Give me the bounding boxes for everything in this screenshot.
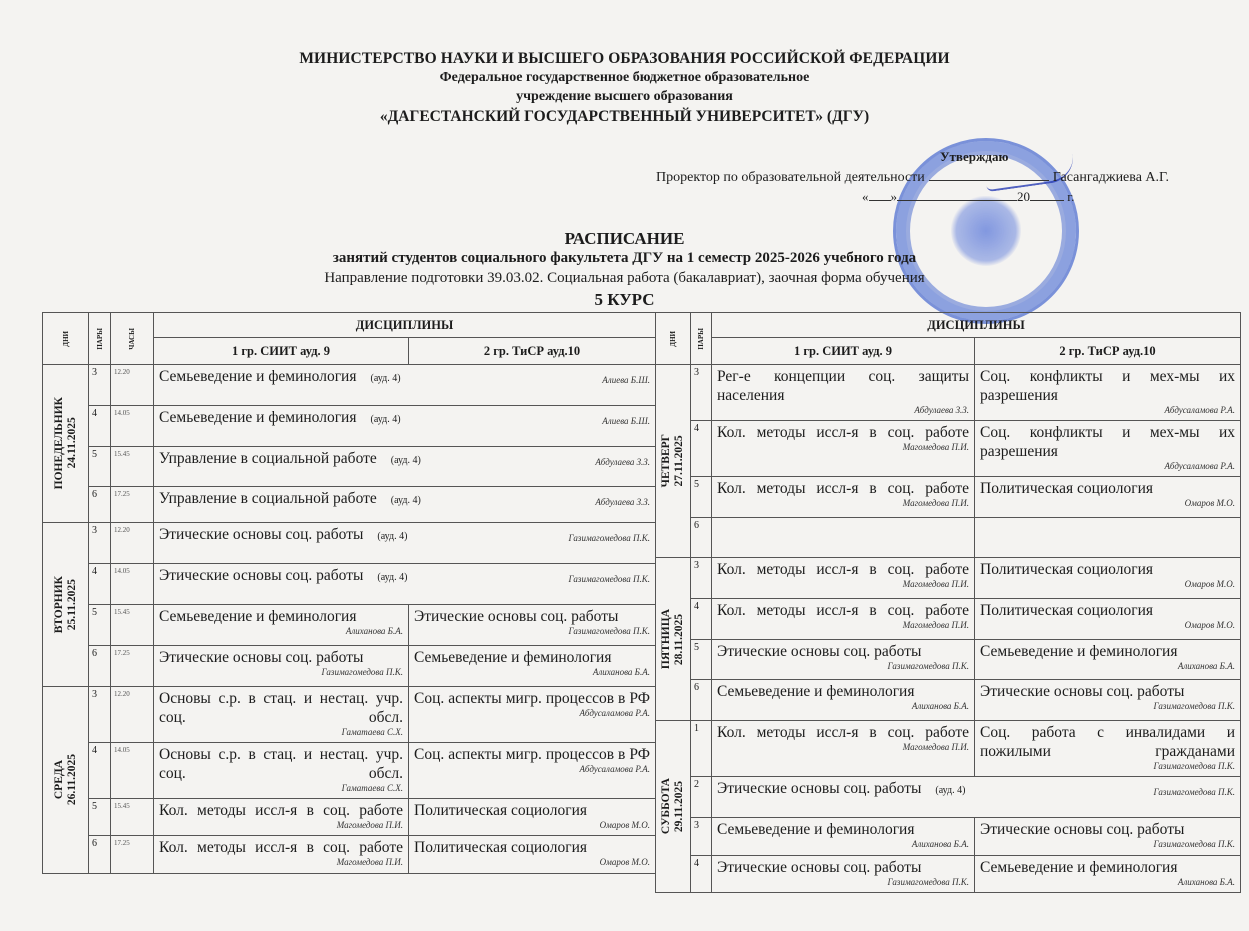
pair-time: 14.05: [111, 406, 154, 447]
teacher-name: Алиева Б.Ш.: [602, 412, 650, 431]
pair-number: 3: [89, 523, 111, 564]
class-cell-group1: Этические основы соц. работыГазимагомедо…: [712, 856, 975, 893]
auditorium: (ауд. 4): [935, 785, 965, 796]
class-cell-merged: Семьеведение и феминология(ауд. 4)Алиева…: [154, 406, 656, 447]
class-cell-group2: Семьеведение и феминологияАлиханова Б.А.: [975, 640, 1241, 680]
class-cell-group1: Кол. методы иссл-я в соц. работеМагомедо…: [712, 599, 975, 640]
schedule-row: 2Этические основы соц. работы(ауд. 4)Газ…: [656, 777, 1241, 818]
pair-time: 17.25: [111, 487, 154, 523]
pair-time: 12.20: [111, 523, 154, 564]
org-line-1: Федеральное государственное бюджетное об…: [0, 70, 1249, 86]
auditorium: (ауд. 4): [377, 572, 407, 583]
pair-number: 1: [691, 721, 712, 777]
pair-number: 3: [691, 558, 712, 599]
subject-name: Рег-е концепции соц. защиты населения: [717, 367, 969, 405]
pair-number: 6: [691, 518, 712, 558]
teacher-name: Омаров М.О.: [600, 853, 650, 872]
class-cell-group1: [712, 518, 975, 558]
subject-name: Кол. методы иссл-я в соц. работе: [717, 423, 969, 442]
class-cell-group1: Основы с.р. в стац. и нестац. учр. соц. …: [154, 743, 409, 799]
day-name: ПОНЕДЕЛЬНИК: [53, 397, 65, 489]
day-name: ПЯТНИЦА: [660, 609, 672, 669]
teacher-name: Абдусаламова Р.А.: [1164, 457, 1235, 476]
subject-name: Кол. методы иссл-я в соц. работе: [717, 479, 969, 498]
subject-name: Кол. методы иссл-я в соц. работе: [159, 838, 403, 857]
subject-name: Кол. методы иссл-я в соц. работе: [159, 801, 403, 820]
schedule-row: 617.25Управление в социальной работе(ауд…: [43, 487, 656, 523]
schedule-row: 6: [656, 518, 1241, 558]
subject-name: Этические основы соц. работы: [159, 526, 363, 543]
class-cell-merged: Этические основы соц. работы(ауд. 4)Гази…: [154, 564, 656, 605]
teacher-name: Алиханова Б.А.: [1178, 873, 1235, 892]
pair-number: 5: [89, 605, 111, 646]
class-cell-group1: Кол. методы иссл-я в соц. работеМагомедо…: [712, 421, 975, 477]
teacher-name: Газимагомедова П.К.: [569, 529, 650, 548]
teacher-name: Алиева Б.Ш.: [602, 371, 650, 390]
day-date: 29.11.2025: [673, 781, 685, 832]
pair-time: 15.45: [111, 605, 154, 646]
group1-header: 1 гр. СИИТ ауд. 9: [712, 338, 975, 365]
schedule-row: 4Этические основы соц. работыГазимагомед…: [656, 856, 1241, 893]
pairs-header: ПАРЫ: [89, 313, 111, 365]
subject-name: Соц. работа с инвалидами и пожилыми граж…: [980, 723, 1235, 761]
pair-number: 5: [89, 447, 111, 487]
subject-name: Соц. аспекты мигр. процессов в РФ: [414, 689, 650, 708]
teacher-name: Абдулаева З.З.: [595, 493, 650, 512]
disciplines-header: ДИСЦИПЛИНЫ: [712, 313, 1241, 338]
schedule-table-right: ДНИ ПАРЫ ДИСЦИПЛИНЫ 1 гр. СИИТ ауд. 9 2 …: [655, 312, 1241, 893]
subject-name: Соц. аспекты мигр. процессов в РФ: [414, 745, 650, 764]
teacher-name: Алиханова Б.А.: [1178, 657, 1235, 676]
auditorium: (ауд. 4): [377, 531, 407, 542]
schedule-row: 5Кол. методы иссл-я в соц. работеМагомед…: [656, 477, 1241, 518]
date-day-blank: [869, 189, 891, 201]
day-date: 25.11.2025: [66, 579, 78, 630]
pair-number: 3: [691, 818, 712, 856]
class-cell-group1: Кол. методы иссл-я в соц. работеМагомедо…: [154, 836, 409, 874]
schedule-row: 515.45Семьеведение и феминологияАлиханов…: [43, 605, 656, 646]
schedule-row: 617.25Кол. методы иссл-я в соц. работеМа…: [43, 836, 656, 874]
class-cell-group2: Этические основы соц. работыГазимагомедо…: [409, 605, 656, 646]
pair-number: 4: [89, 564, 111, 605]
course-label: 5 КУРС: [0, 290, 1249, 310]
class-cell-group1: Кол. методы иссл-я в соц. работеМагомедо…: [712, 721, 975, 777]
teacher-name: Абдусаламова Р.А.: [1164, 401, 1235, 420]
direction-line: Направление подготовки 39.03.02. Социаль…: [0, 270, 1249, 287]
pair-number: 4: [691, 421, 712, 477]
class-cell-group1: Кол. методы иссл-я в соц. работеМагомедо…: [712, 477, 975, 518]
group2-header: 2 гр. ТиСР ауд.10: [975, 338, 1241, 365]
subject-name: Этические основы соц. работы: [159, 567, 363, 584]
pair-time: 17.25: [111, 646, 154, 687]
class-cell-group1: Этические основы соц. работыГазимагомедо…: [712, 640, 975, 680]
date-year-suffix: г.: [1067, 189, 1074, 204]
class-cell-group2: Политическая социологияОмаров М.О.: [975, 558, 1241, 599]
pair-time: 12.20: [111, 687, 154, 743]
schedule-row: 414.05Семьеведение и феминология(ауд. 4)…: [43, 406, 656, 447]
subject-name: Этические основы соц. работы: [414, 607, 650, 626]
teacher-name: Газимагомедова П.К.: [569, 570, 650, 589]
class-cell-group2: Политическая социологияОмаров М.О.: [409, 799, 656, 836]
schedule-row: СРЕДА26.11.2025312.20Основы с.р. в стац.…: [43, 687, 656, 743]
subject-name: Семьеведение и феминология: [159, 409, 356, 426]
day-name: ВТОРНИК: [53, 576, 65, 633]
pair-number: 4: [89, 406, 111, 447]
days-header: ДНИ: [656, 313, 691, 365]
class-cell-group2: Политическая социологияОмаров М.О.: [975, 477, 1241, 518]
group2-header: 2 гр. ТиСР ауд.10: [409, 338, 656, 365]
pair-number: 3: [89, 687, 111, 743]
teacher-name: Омаров М.О.: [1185, 494, 1235, 513]
day-name: СУББОТА: [660, 778, 672, 834]
class-cell-group2: Семьеведение и феминологияАлиханова Б.А.: [409, 646, 656, 687]
class-cell-group2: Политическая социологияОмаров М.О.: [409, 836, 656, 874]
teacher-name: Абдулаева З.З.: [595, 453, 650, 472]
auditorium: (ауд. 4): [391, 495, 421, 506]
auditorium: (ауд. 4): [370, 414, 400, 425]
class-cell-group1: Основы с.р. в стац. и нестац. учр. соц. …: [154, 687, 409, 743]
class-cell-group1: Семьеведение и феминологияАлиханова Б.А.: [154, 605, 409, 646]
pair-number: 2: [691, 777, 712, 818]
pair-number: 6: [89, 836, 111, 874]
day-cell: СРЕДА26.11.2025: [43, 687, 89, 874]
class-cell-merged: Семьеведение и феминология(ауд. 4)Алиева…: [154, 365, 656, 406]
pair-number: 4: [691, 856, 712, 893]
day-cell: ВТОРНИК25.11.2025: [43, 523, 89, 687]
pairs-header: ПАРЫ: [691, 313, 712, 365]
disciplines-header: ДИСЦИПЛИНЫ: [154, 313, 656, 338]
subject-name: Управление в социальной работе: [159, 450, 377, 467]
signature-line: [929, 168, 1049, 181]
class-cell-group2: Политическая социологияОмаров М.О.: [975, 599, 1241, 640]
class-cell-group2: Семьеведение и феминологияАлиханова Б.А.: [975, 856, 1241, 893]
class-cell-group2: Этические основы соц. работыГазимагомедо…: [975, 818, 1241, 856]
subject-name: Этические основы соц. работы: [717, 780, 921, 797]
class-cell-group2: Соц. аспекты мигр. процессов в РФАбдусал…: [409, 687, 656, 743]
hours-header: ЧАСЫ: [111, 313, 154, 365]
schedule-row: 617.25Этические основы соц. работыГазима…: [43, 646, 656, 687]
day-date: 24.11.2025: [66, 418, 78, 469]
pair-number: 4: [89, 743, 111, 799]
group1-header: 1 гр. СИИТ ауд. 9: [154, 338, 409, 365]
class-cell-group1: Семьеведение и феминологияАлиханова Б.А.: [712, 680, 975, 721]
class-cell-group1: Кол. методы иссл-я в соц. работеМагомедо…: [154, 799, 409, 836]
class-cell-merged: Этические основы соц. работы(ауд. 4)Гази…: [154, 523, 656, 564]
schedule-row: 515.45Кол. методы иссл-я в соц. работеМа…: [43, 799, 656, 836]
schedule-row: 515.45Управление в социальной работе(ауд…: [43, 447, 656, 487]
day-name: ЧЕТВЕРГ: [660, 434, 672, 487]
day-name: СРЕДА: [53, 760, 65, 799]
subject-name: Кол. методы иссл-я в соц. работе: [717, 560, 969, 579]
teacher-name: Омаров М.О.: [1185, 616, 1235, 635]
date-year-blank: [1030, 189, 1064, 201]
schedule-row: 414.05Основы с.р. в стац. и нестац. учр.…: [43, 743, 656, 799]
pair-time: 15.45: [111, 799, 154, 836]
class-cell-group1: Этические основы соц. работыГазимагомедо…: [154, 646, 409, 687]
pair-number: 6: [89, 646, 111, 687]
teacher-name: Абдулаева З.З.: [914, 401, 969, 420]
class-cell-group2: Соц. конфликты и мех-мы их разрешенияАбд…: [975, 421, 1241, 477]
pair-number: 5: [691, 640, 712, 680]
day-cell: ПОНЕДЕЛЬНИК24.11.2025: [43, 365, 89, 523]
pair-number: 4: [691, 599, 712, 640]
days-header: ДНИ: [43, 313, 89, 365]
schedule-row: 4Кол. методы иссл-я в соц. работеМагомед…: [656, 599, 1241, 640]
day-cell: ПЯТНИЦА28.11.2025: [656, 558, 691, 721]
schedule-row: ВТОРНИК25.11.2025312.20Этические основы …: [43, 523, 656, 564]
class-cell-group2: [975, 518, 1241, 558]
subject-name: Кол. методы иссл-я в соц. работе: [717, 723, 969, 742]
date-month-blank: [897, 189, 1017, 201]
class-cell-merged: Этические основы соц. работы(ауд. 4)Гази…: [712, 777, 1241, 818]
day-date: 27.11.2025: [673, 435, 685, 486]
pair-time: 15.45: [111, 447, 154, 487]
day-cell: ЧЕТВЕРГ27.11.2025: [656, 365, 691, 558]
subject-name: Основы с.р. в стац. и нестац. учр. соц. …: [159, 689, 403, 727]
class-cell-group2: Соц. работа с инвалидами и пожилыми граж…: [975, 721, 1241, 777]
pair-time: 14.05: [111, 564, 154, 605]
auditorium: (ауд. 4): [370, 373, 400, 384]
teacher-name: Алиханова Б.А.: [912, 835, 969, 854]
schedule-row: 6Семьеведение и феминологияАлиханова Б.А…: [656, 680, 1241, 721]
auditorium: (ауд. 4): [391, 455, 421, 466]
approval-line: Проректор по образовательной деятельност…: [656, 168, 1169, 186]
pair-number: 6: [89, 487, 111, 523]
pair-number: 3: [691, 365, 712, 421]
schedule-row: 414.05Этические основы соц. работы(ауд. …: [43, 564, 656, 605]
class-cell-group2: Этические основы соц. работыГазимагомедо…: [975, 680, 1241, 721]
subject-name: Кол. методы иссл-я в соц. работе: [717, 601, 969, 620]
org-line-2: учреждение высшего образования: [0, 89, 1249, 105]
subject-name: Управление в социальной работе: [159, 490, 377, 507]
class-cell-group1: Семьеведение и феминологияАлиханова Б.А.: [712, 818, 975, 856]
approval-position: Проректор по образовательной деятельност…: [656, 170, 925, 185]
teacher-name: Газимагомедова П.К.: [1154, 783, 1235, 802]
schedule-subtitle: занятий студентов социального факультета…: [0, 250, 1249, 267]
schedule-row: ПОНЕДЕЛЬНИК24.11.2025312.20Семьеведение …: [43, 365, 656, 406]
pair-number: 5: [691, 477, 712, 518]
subject-name: Соц. конфликты и мех-мы их разрешения: [980, 367, 1235, 405]
schedule-document: МИНИСТЕРСТВО НАУКИ И ВЫСШЕГО ОБРАЗОВАНИЯ…: [0, 0, 1249, 931]
schedule-row: 3Семьеведение и феминологияАлиханова Б.А…: [656, 818, 1241, 856]
day-cell: СУББОТА29.11.2025: [656, 721, 691, 893]
day-date: 26.11.2025: [66, 754, 78, 805]
university-name: «ДАГЕСТАНСКИЙ ГОСУДАРСТВЕННЫЙ УНИВЕРСИТЕ…: [0, 108, 1249, 126]
date-year: 20: [1017, 189, 1030, 204]
class-cell-group2: Соц. аспекты мигр. процессов в РФАбдусал…: [409, 743, 656, 799]
class-cell-merged: Управление в социальной работе(ауд. 4)Аб…: [154, 447, 656, 487]
schedule-row: 5Этические основы соц. работыГазимагомед…: [656, 640, 1241, 680]
schedule-row: ПЯТНИЦА28.11.20253Кол. методы иссл-я в с…: [656, 558, 1241, 599]
teacher-name: Омаров М.О.: [1185, 575, 1235, 594]
pair-time: 17.25: [111, 836, 154, 874]
ministry-heading: МИНИСТЕРСТВО НАУКИ И ВЫСШЕГО ОБРАЗОВАНИЯ…: [0, 50, 1249, 68]
approval-date: «»20 г.: [862, 189, 1074, 205]
subject-name: Основы с.р. в стац. и нестац. учр. соц. …: [159, 745, 403, 783]
schedule-title: РАСПИСАНИЕ: [0, 229, 1249, 249]
schedule-row: ЧЕТВЕРГ27.11.20253Рег-е концепции соц. з…: [656, 365, 1241, 421]
class-cell-group1: Кол. методы иссл-я в соц. работеМагомедо…: [712, 558, 975, 599]
schedule-row: СУББОТА29.11.20251Кол. методы иссл-я в с…: [656, 721, 1241, 777]
schedule-row: 4Кол. методы иссл-я в соц. работеМагомед…: [656, 421, 1241, 477]
class-cell-merged: Управление в социальной работе(ауд. 4)Аб…: [154, 487, 656, 523]
schedule-table-left: ДНИ ПАРЫ ЧАСЫ ДИСЦИПЛИНЫ 1 гр. СИИТ ауд.…: [42, 312, 656, 874]
teacher-name: Омаров М.О.: [600, 816, 650, 835]
teacher-name: Алиханова Б.А.: [912, 697, 969, 716]
pair-number: 3: [89, 365, 111, 406]
pair-time: 12.20: [111, 365, 154, 406]
class-cell-group1: Рег-е концепции соц. защиты населенияАбд…: [712, 365, 975, 421]
subject-name: Семьеведение и феминология: [159, 368, 356, 385]
pair-time: 14.05: [111, 743, 154, 799]
pair-number: 5: [89, 799, 111, 836]
pair-number: 6: [691, 680, 712, 721]
approval-title: Утверждаю: [940, 149, 1008, 165]
day-date: 28.11.2025: [673, 613, 685, 664]
subject-name: Соц. конфликты и мех-мы их разрешения: [980, 423, 1235, 461]
class-cell-group2: Соц. конфликты и мех-мы их разрешенияАбд…: [975, 365, 1241, 421]
approval-name: Гасангаджиева А.Г.: [1053, 170, 1169, 185]
